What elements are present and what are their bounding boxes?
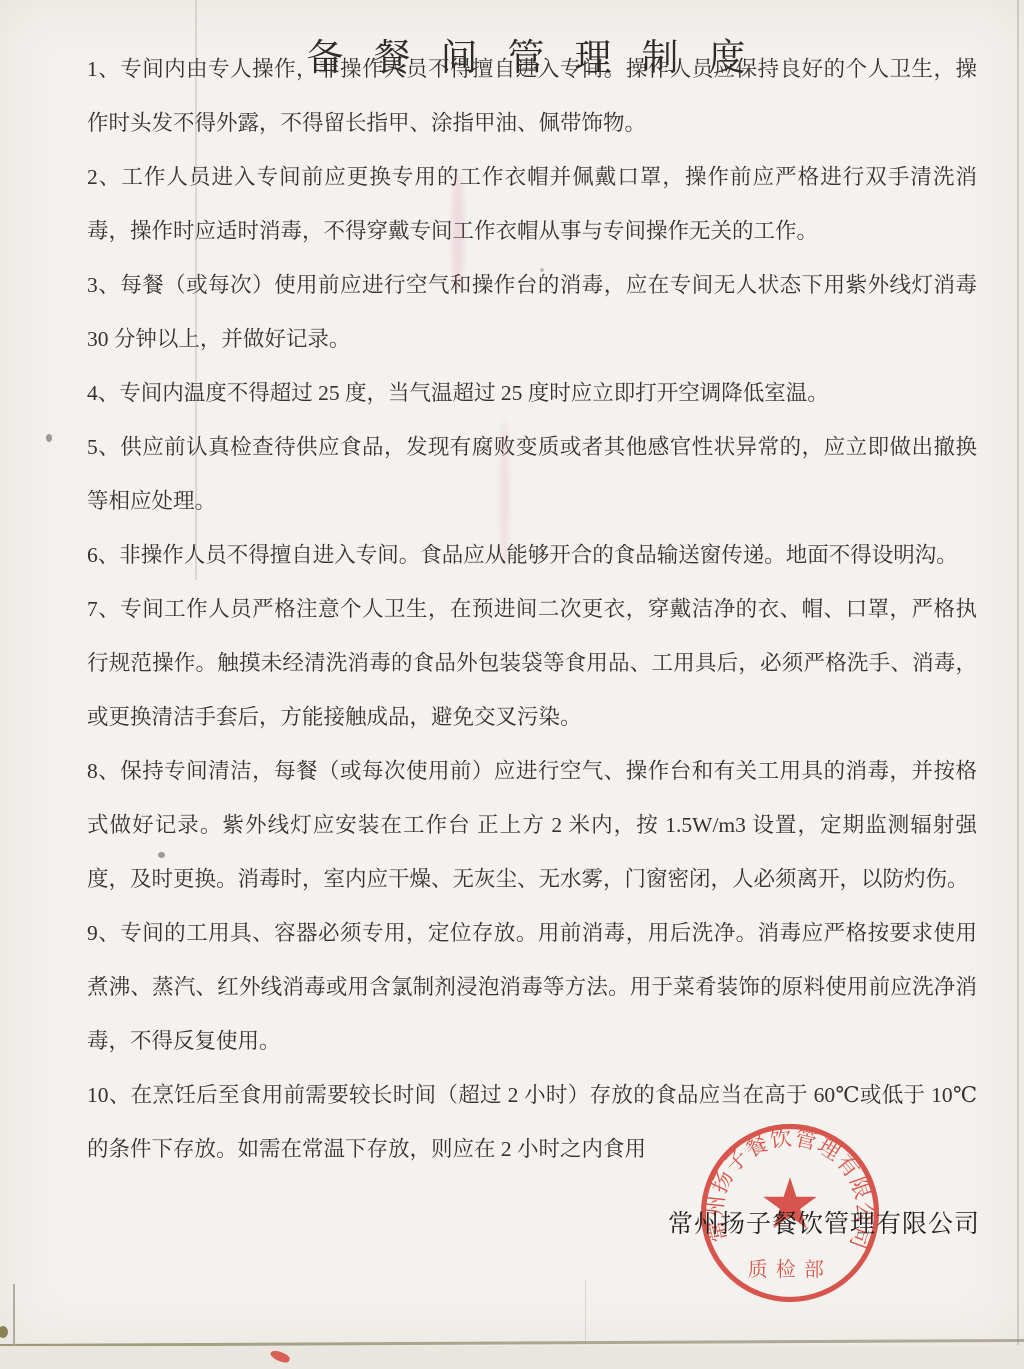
scan-speck (0, 1326, 8, 1338)
rule-item: 7、专间工作人员严格注意个人卫生，在预进间二次更衣，穿戴洁净的衣、帽、口罩，严格… (87, 582, 977, 744)
rule-item: 5、供应前认真检查待供应食品，发现有腐败变质或者其他感官性状异常的，应立即做出撤… (87, 420, 977, 528)
scan-crease (195, 0, 197, 580)
ink-smudge (500, 420, 509, 570)
rule-item: 2、工作人员进入专间前应更换专用的工作衣帽并佩戴口罩，操作前应严格进行双手清洗消… (87, 150, 977, 258)
scan-speck (158, 852, 165, 858)
scan-speck (46, 434, 52, 442)
scanner-background (0, 1346, 1024, 1369)
ink-smudge (452, 172, 464, 292)
scan-crease (1017, 0, 1019, 1345)
scanned-page: 备餐间管理制度 1、专间内由专人操作，非操作人员不得擅自进入专间。操作人员应保持… (0, 0, 1024, 1346)
rule-item: 8、保持专间清洁，每餐（或每次使用前）应进行空气、操作台和有关工用具的消毒，并按… (87, 744, 977, 906)
document-body: 1、专间内由专人操作，非操作人员不得擅自进入专间。操作人员应保持良好的个人卫生，… (87, 42, 977, 1176)
company-name: 常州扬子餐饮管理有限公司 (668, 1204, 988, 1240)
page-left-edge (13, 1284, 15, 1345)
rule-item: 9、专间的工用具、容器必须专用，定位存放。用前消毒，用后洗净。消毒应严格按要求使… (87, 906, 977, 1068)
rule-item: 1、专间内由专人操作，非操作人员不得擅自进入专间。操作人员应保持良好的个人卫生，… (87, 42, 977, 150)
scan-crease (585, 1280, 586, 1344)
stamp-department-text: 质检部 (748, 1259, 833, 1281)
rule-item: 4、专间内温度不得超过 25 度，当气温超过 25 度时应立即打开空调降低室温。 (87, 366, 977, 420)
rule-item: 3、每餐（或每次）使用前应进行空气和操作台的消毒，应在专间无人状态下用紫外线灯消… (87, 258, 977, 366)
scan-speck (540, 268, 544, 272)
rule-item: 6、非操作人员不得擅自进入专间。食品应从能够开合的食品输送窗传递。地面不得设明沟… (87, 528, 977, 582)
